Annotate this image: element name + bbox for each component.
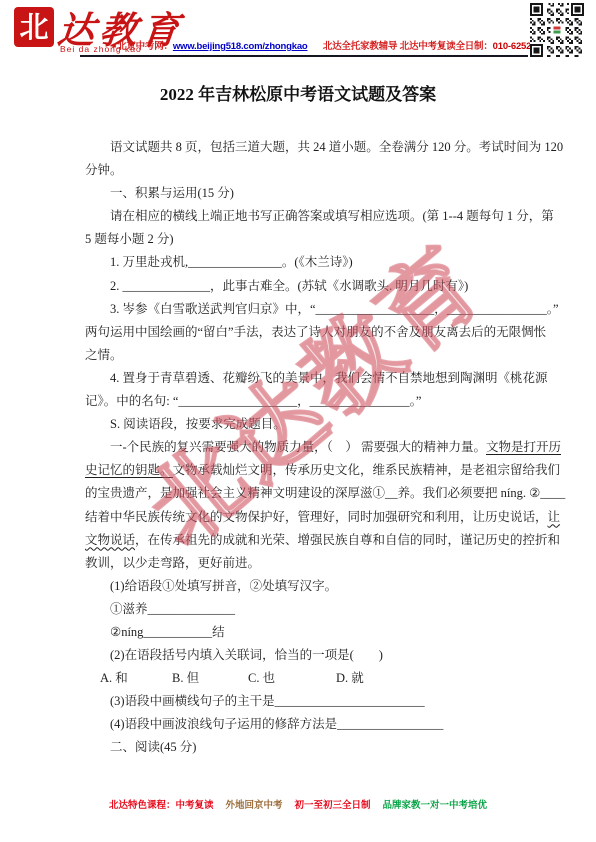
document-line: (4)语段中画波浪线句子运用的修辞方法是_________________ — [85, 713, 515, 736]
document-line: 一-个民族的复兴需要强大的物质力量，（ ） 需要强大的精神力量。文物是打开历 — [85, 436, 515, 459]
text-segment: 文物说话 — [85, 533, 135, 547]
document-line: 5 题每小题 2 分) — [85, 228, 515, 251]
text-segment: 之情。 — [85, 348, 123, 362]
text-segment: S. 阅读语段，按要求完成题目。 — [110, 417, 286, 431]
brand-seal-logo: 北 — [14, 7, 54, 47]
document-line: 2. ______________，此事古难全。(苏轼《水调歌头. 明月几时有》… — [85, 275, 515, 298]
site-label: 北京中考网： — [117, 41, 173, 52]
document-line: 二、阅读(45 分) — [85, 736, 515, 759]
document-line: 史记忆的钥匙。文物承载灿烂文明，传承历史文化，维系民族精神，是老祖宗留给我们 — [85, 459, 515, 482]
document-line: 语文试题共 8 页，包括三道大题，共 24 道小题。全卷满分 120 分。考试时… — [85, 136, 515, 159]
text-segment: 文物是打开历 — [486, 440, 561, 455]
text-segment: 教训，以少走弯路，更好前进。 — [85, 556, 260, 570]
text-segment: 让 — [548, 510, 561, 524]
text-segment: 史记忆的钥匙。 — [85, 463, 173, 478]
document-line: 请在相应的横线上端正地书写正确答案或填写相应选项。(第 1--4 题每句 1 分… — [85, 205, 515, 228]
text-segment: 的宝贵遗产，是加强社会主义精神文明建设的深厚滋①__养。我们必须要把 níng.… — [85, 486, 565, 500]
site-link[interactable]: www.beijing518.com/zhongkao — [173, 41, 308, 52]
text-segment: 两句运用中国绘画的“留白”手法，表达了诗人对朋友的不舍及朋友离去后的无限惆怅 — [85, 325, 546, 339]
choice-option: A. 和 — [100, 667, 172, 690]
text-segment: 记》。中的名句: “___________________，__________… — [85, 394, 421, 408]
text-segment: 一-个民族的复兴需要强大的物质力量，（ ） 需要强大的精神力量。 — [110, 440, 486, 454]
document-line: 分钟。 — [85, 159, 515, 182]
document-line: 记》。中的名句: “___________________，__________… — [85, 390, 515, 413]
text-segment: 4. 置身于青草碧透、花瓣纷飞的美景中，我们会情不自禁地想到陶渊明《桃花源 — [110, 371, 548, 385]
choice-option: B. 但 — [172, 667, 248, 690]
document-line: 文物说话，在传承祖先的成就和光荣、增强民族自尊和自信的同时，谨记历史的控折和 — [85, 529, 515, 552]
footer-course-item: 北达特色课程： — [109, 800, 176, 811]
footer-course-item: 外地回京中考 — [225, 800, 282, 811]
document-line: 3. 岑参《白雪歌送武判官归京》中，“___________________，_… — [85, 298, 515, 321]
document-line: 的宝贵遗产，是加强社会主义精神文明建设的深厚滋①__养。我们必须要把 níng.… — [85, 482, 515, 505]
text-segment: 二、阅读(45 分) — [110, 740, 196, 754]
text-segment: 结着中华民族传统文化的文物保护好，管理好，同时加强研究和利用，让历史说话， — [85, 510, 548, 524]
document-line: (1)给语段①处填写拼音，②处填写汉字。 — [85, 575, 515, 598]
text-segment: 语文试题共 8 页，包括三道大题，共 24 道小题。全卷满分 120 分。考试时… — [110, 140, 563, 154]
text-segment: ，在传承祖先的成就和光荣、增强民族自尊和自信的同时，谨记历史的控折和 — [135, 533, 560, 547]
footer-course-item: 中考复读 — [175, 800, 213, 811]
document-line: 结着中华民族传统文化的文物保护好，管理好，同时加强研究和利用，让历史说话，让 — [85, 506, 515, 529]
document-line: (2)在语段括号内填入关联词，恰当的一项是( ) — [85, 644, 515, 667]
document-line: 一、积累与运用(15 分) — [85, 182, 515, 205]
text-segment: (2)在语段括号内填入关联词，恰当的一项是( ) — [110, 648, 383, 662]
footer-course-item: 初一至初三全日制 — [295, 800, 371, 811]
text-segment: 2. ______________，此事古难全。(苏轼《水调歌头. 明月几时有》… — [110, 279, 468, 293]
text-segment: 请在相应的横线上端正地书写正确答案或填写相应选项。(第 1--4 题每句 1 分… — [110, 209, 554, 223]
choice-option: D. 就 — [336, 667, 364, 690]
document-body: 语文试题共 8 页，包括三道大题，共 24 道小题。全卷满分 120 分。考试时… — [85, 136, 515, 760]
text-segment: 文物承载灿烂文明，传承历史文化，维系民族精神，是老祖宗留给我们 — [173, 463, 561, 477]
bullet-icon: ■ — [112, 43, 116, 50]
qr-code-icon — [530, 3, 584, 57]
document-line: 4. 置身于青草碧透、花瓣纷飞的美景中，我们会情不自禁地想到陶渊明《桃花源 — [85, 367, 515, 390]
header-contact-line: ■北京中考网：www.beijing518.com/zhongkao 北达全托家… — [112, 38, 530, 52]
text-segment: (1)给语段①处填写拼音，②处填写汉字。 — [110, 579, 337, 593]
text-segment: ①滋养______________ — [110, 602, 235, 616]
choice-options-row: A. 和B. 但C. 也D. 就 — [85, 667, 515, 690]
page-title: 2022 年吉林松原中考语文试题及答案 — [0, 80, 596, 105]
document-line: ①滋养______________ — [85, 598, 515, 621]
document-line: 之情。 — [85, 344, 515, 367]
text-segment: 3. 岑参《白雪歌送武判官归京》中，“___________________，_… — [110, 302, 559, 316]
document-line: ②níng___________结 — [85, 621, 515, 644]
document-page: 北 达教育 Bei da zhong kao ■北京中考网：www.beijin… — [0, 0, 596, 842]
document-line: S. 阅读语段，按要求完成题目。 — [85, 413, 515, 436]
text-segment: (4)语段中画波浪线句子运用的修辞方法是_________________ — [110, 717, 443, 731]
page-footer: 北达特色课程：中考复读外地回京中考初一至初三全日制品牌家教一对一中考培优 — [0, 797, 596, 811]
document-line: (3)语段中画横线句子的主干是________________________ — [85, 690, 515, 713]
document-line: 教训，以少走弯路，更好前进。 — [85, 552, 515, 575]
phone-number: 010-62526900 — [493, 41, 530, 52]
text-segment: 一、积累与运用(15 分) — [110, 186, 234, 200]
choice-option: C. 也 — [248, 667, 336, 690]
text-segment: 1. 万里赴戎机,_______________。(《木兰诗》) — [110, 255, 353, 269]
document-line: 1. 万里赴戎机,_______________。(《木兰诗》) — [85, 251, 515, 274]
text-segment: ②níng___________结 — [110, 625, 225, 639]
document-line: 两句运用中国绘画的“留白”手法，表达了诗人对朋友的不舍及朋友离去后的无限惆怅 — [85, 321, 515, 344]
text-segment: 分钟。 — [85, 163, 123, 177]
footer-course-item: 品牌家教一对一中考培优 — [383, 800, 488, 811]
promo-text: 北达全托家教辅导 北达中考复读全日制： — [314, 41, 493, 52]
text-segment: 5 题每小题 2 分) — [85, 232, 174, 246]
text-segment: (3)语段中画横线句子的主干是________________________ — [110, 694, 425, 708]
header-divider — [80, 55, 528, 57]
